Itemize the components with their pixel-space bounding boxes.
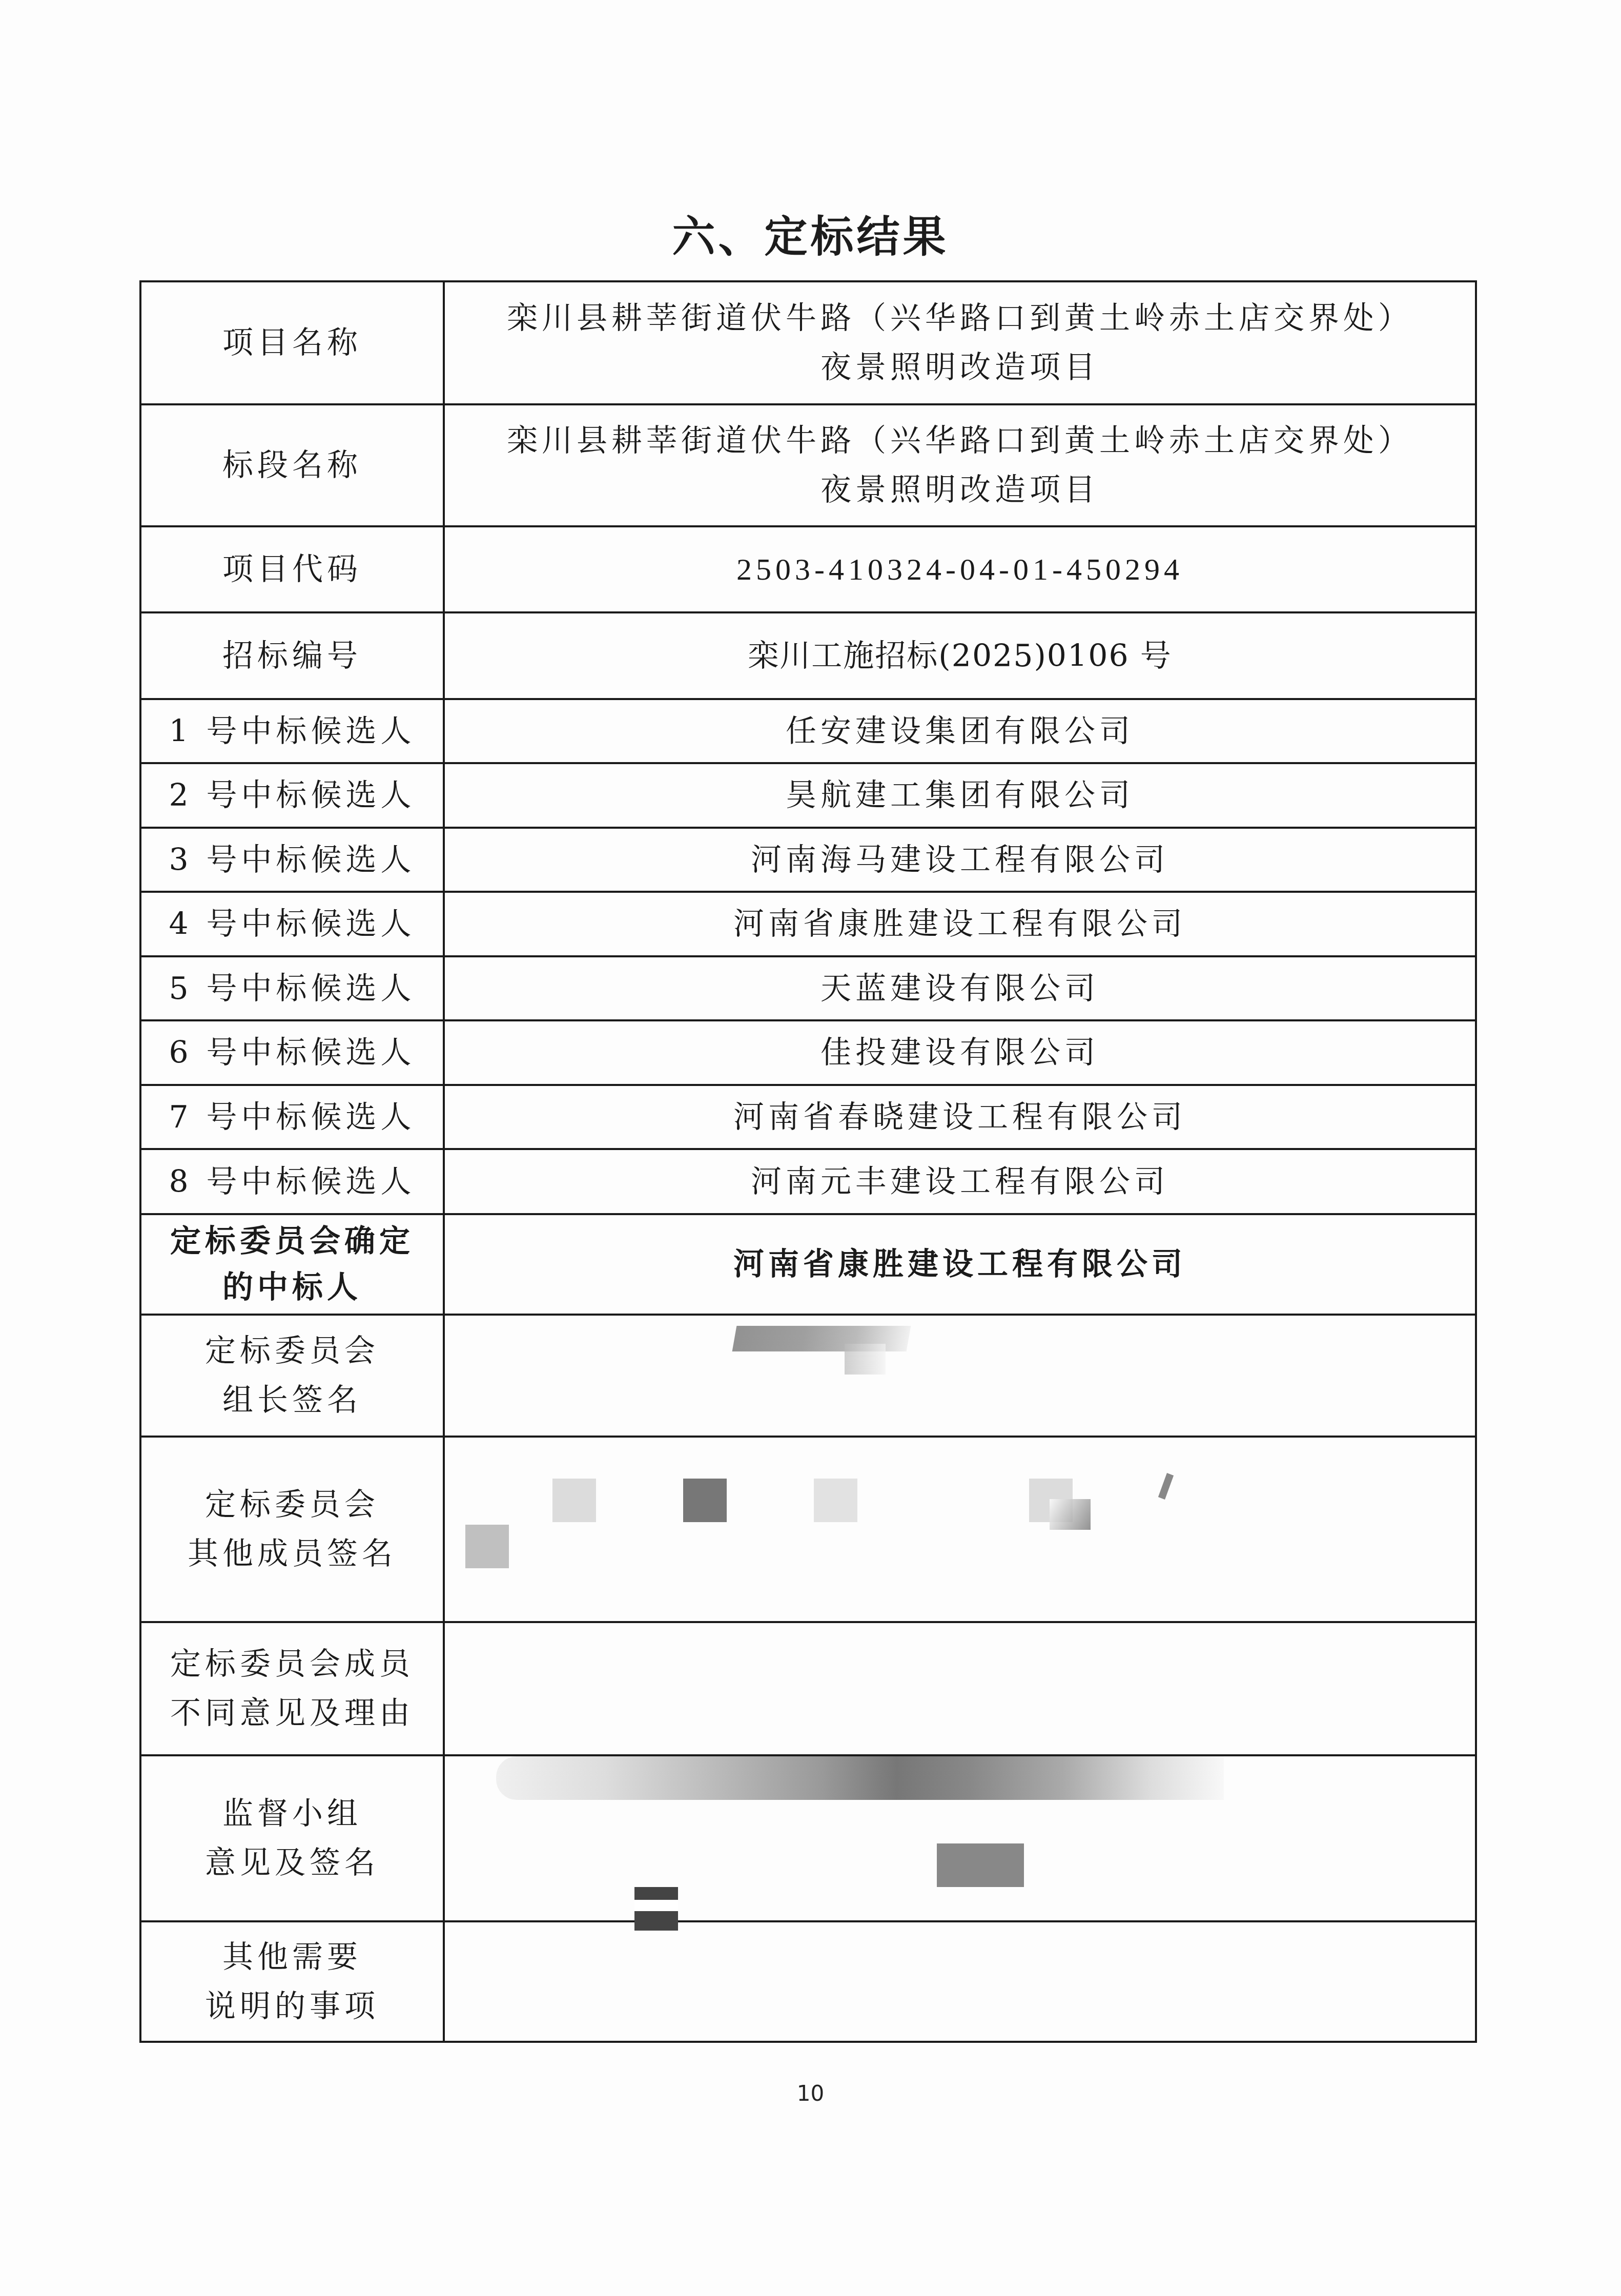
other-label-line1: 其他需要 (141, 1933, 443, 1982)
project-name-line2: 夜景照明改造项目 (445, 343, 1475, 392)
label-tender-number: 招标编号 (140, 612, 444, 699)
leader-label-line1: 定标委员会 (141, 1326, 443, 1376)
value-tender-number: 栾川工施招标(2025)0106 号 (444, 612, 1476, 699)
redaction-block (496, 1756, 1224, 1800)
redaction-block (683, 1479, 727, 1522)
row-candidate-8: 8 号中标候选人 河南元丰建设工程有限公司 (140, 1149, 1476, 1214)
label-candidate: 4 号中标候选人 (140, 892, 444, 956)
row-leader-signature: 定标委员会 组长签名 (140, 1315, 1476, 1437)
leader-label-line2: 组长签名 (141, 1376, 443, 1425)
row-tender-number: 招标编号 栾川工施招标(2025)0106 号 (140, 612, 1476, 699)
redacted-signature (445, 1756, 1475, 1920)
label-member-signatures: 定标委员会 其他成员签名 (140, 1437, 444, 1622)
value-candidate: 河南元丰建设工程有限公司 (444, 1149, 1476, 1214)
label-candidate: 7 号中标候选人 (140, 1085, 444, 1149)
label-candidate: 5 号中标候选人 (140, 956, 444, 1020)
dissent-label-line1: 定标委员会成员 (141, 1639, 443, 1689)
row-supervision: 监督小组 意见及签名 (140, 1755, 1476, 1921)
label-candidate: 6 号中标候选人 (140, 1020, 444, 1085)
label-section-name: 标段名称 (140, 404, 444, 526)
value-project-name: 栾川县耕莘街道伏牛路（兴华路口到黄土岭赤土店交界处） 夜景照明改造项目 (444, 281, 1476, 404)
redaction-block (465, 1525, 509, 1568)
row-winner: 定标委员会确定 的中标人 河南省康胜建设工程有限公司 (140, 1214, 1476, 1315)
row-project-name: 项目名称 栾川县耕莘街道伏牛路（兴华路口到黄土岭赤土店交界处） 夜景照明改造项目 (140, 281, 1476, 404)
value-candidate: 河南省春晓建设工程有限公司 (444, 1085, 1476, 1149)
row-other-matters: 其他需要 说明的事项 (140, 1921, 1476, 2042)
supervision-label-line1: 监督小组 (141, 1789, 443, 1838)
value-candidate: 河南海马建设工程有限公司 (444, 828, 1476, 892)
value-section-name: 栾川县耕莘街道伏牛路（兴华路口到黄土岭赤土店交界处） 夜景照明改造项目 (444, 404, 1476, 526)
value-winner: 河南省康胜建设工程有限公司 (444, 1214, 1476, 1315)
label-leader-signature: 定标委员会 组长签名 (140, 1315, 444, 1437)
value-candidate: 昊航建工集团有限公司 (444, 763, 1476, 828)
other-label-line2: 说明的事项 (141, 1982, 443, 2031)
redaction-block (552, 1479, 596, 1522)
redaction-block (814, 1479, 857, 1522)
row-project-code: 项目代码 2503-410324-04-01-450294 (140, 526, 1476, 612)
row-candidate-5: 5 号中标候选人 天蓝建设有限公司 (140, 956, 1476, 1020)
value-dissent (444, 1622, 1476, 1755)
members-label-line2: 其他成员签名 (141, 1529, 443, 1578)
value-candidate: 河南省康胜建设工程有限公司 (444, 892, 1476, 956)
redaction-block (634, 1887, 678, 1931)
page-number: 10 (0, 2081, 1621, 2106)
redacted-signature (445, 1316, 1475, 1436)
value-other-matters (444, 1921, 1476, 2042)
label-project-name: 项目名称 (140, 281, 444, 404)
value-candidate: 佳投建设有限公司 (444, 1020, 1476, 1085)
row-candidate-4: 4 号中标候选人 河南省康胜建设工程有限公司 (140, 892, 1476, 956)
row-candidate-2: 2 号中标候选人 昊航建工集团有限公司 (140, 763, 1476, 828)
label-candidate: 8 号中标候选人 (140, 1149, 444, 1214)
row-dissent: 定标委员会成员 不同意见及理由 (140, 1622, 1476, 1755)
value-candidate: 任安建设集团有限公司 (444, 699, 1476, 763)
label-candidate: 2 号中标候选人 (140, 763, 444, 828)
label-supervision: 监督小组 意见及签名 (140, 1755, 444, 1921)
member-signatures-area (444, 1437, 1476, 1622)
redaction-block (937, 1843, 1024, 1887)
project-name-line1: 栾川县耕莘街道伏牛路（兴华路口到黄土岭赤土店交界处） (445, 294, 1475, 343)
value-project-code: 2503-410324-04-01-450294 (444, 526, 1476, 612)
label-dissent: 定标委员会成员 不同意见及理由 (140, 1622, 444, 1755)
row-candidate-6: 6 号中标候选人 佳投建设有限公司 (140, 1020, 1476, 1085)
label-candidate: 3 号中标候选人 (140, 828, 444, 892)
label-candidate: 1 号中标候选人 (140, 699, 444, 763)
bid-result-table: 项目名称 栾川县耕莘街道伏牛路（兴华路口到黄土岭赤土店交界处） 夜景照明改造项目… (139, 280, 1477, 2043)
label-other-matters: 其他需要 说明的事项 (140, 1921, 444, 2042)
row-candidate-3: 3 号中标候选人 河南海马建设工程有限公司 (140, 828, 1476, 892)
row-candidate-1: 1 号中标候选人 任安建设集团有限公司 (140, 699, 1476, 763)
label-project-code: 项目代码 (140, 526, 444, 612)
row-member-signatures: 定标委员会 其他成员签名 (140, 1437, 1476, 1622)
supervision-signature-area (444, 1755, 1476, 1921)
row-section-name: 标段名称 栾川县耕莘街道伏牛路（兴华路口到黄土岭赤土店交界处） 夜景照明改造项目 (140, 404, 1476, 526)
section-name-line2: 夜景照明改造项目 (445, 465, 1475, 515)
redacted-signatures (445, 1438, 1475, 1621)
row-candidate-7: 7 号中标候选人 河南省春晓建设工程有限公司 (140, 1085, 1476, 1149)
redaction-block (1050, 1499, 1091, 1530)
label-winner: 定标委员会确定 的中标人 (140, 1214, 444, 1315)
supervision-label-line2: 意见及签名 (141, 1838, 443, 1888)
dissent-label-line2: 不同意见及理由 (141, 1689, 443, 1738)
winner-label-line2: 的中标人 (141, 1264, 443, 1310)
winner-label-line1: 定标委员会确定 (141, 1218, 443, 1264)
section-name-line1: 栾川县耕莘街道伏牛路（兴华路口到黄土岭赤土店交界处） (445, 416, 1475, 465)
page-title: 六、定标结果 (0, 202, 1621, 264)
leader-signature-area (444, 1315, 1476, 1437)
signature-stroke (1158, 1473, 1174, 1500)
members-label-line1: 定标委员会 (141, 1480, 443, 1529)
redaction-block (845, 1344, 886, 1375)
value-candidate: 天蓝建设有限公司 (444, 956, 1476, 1020)
